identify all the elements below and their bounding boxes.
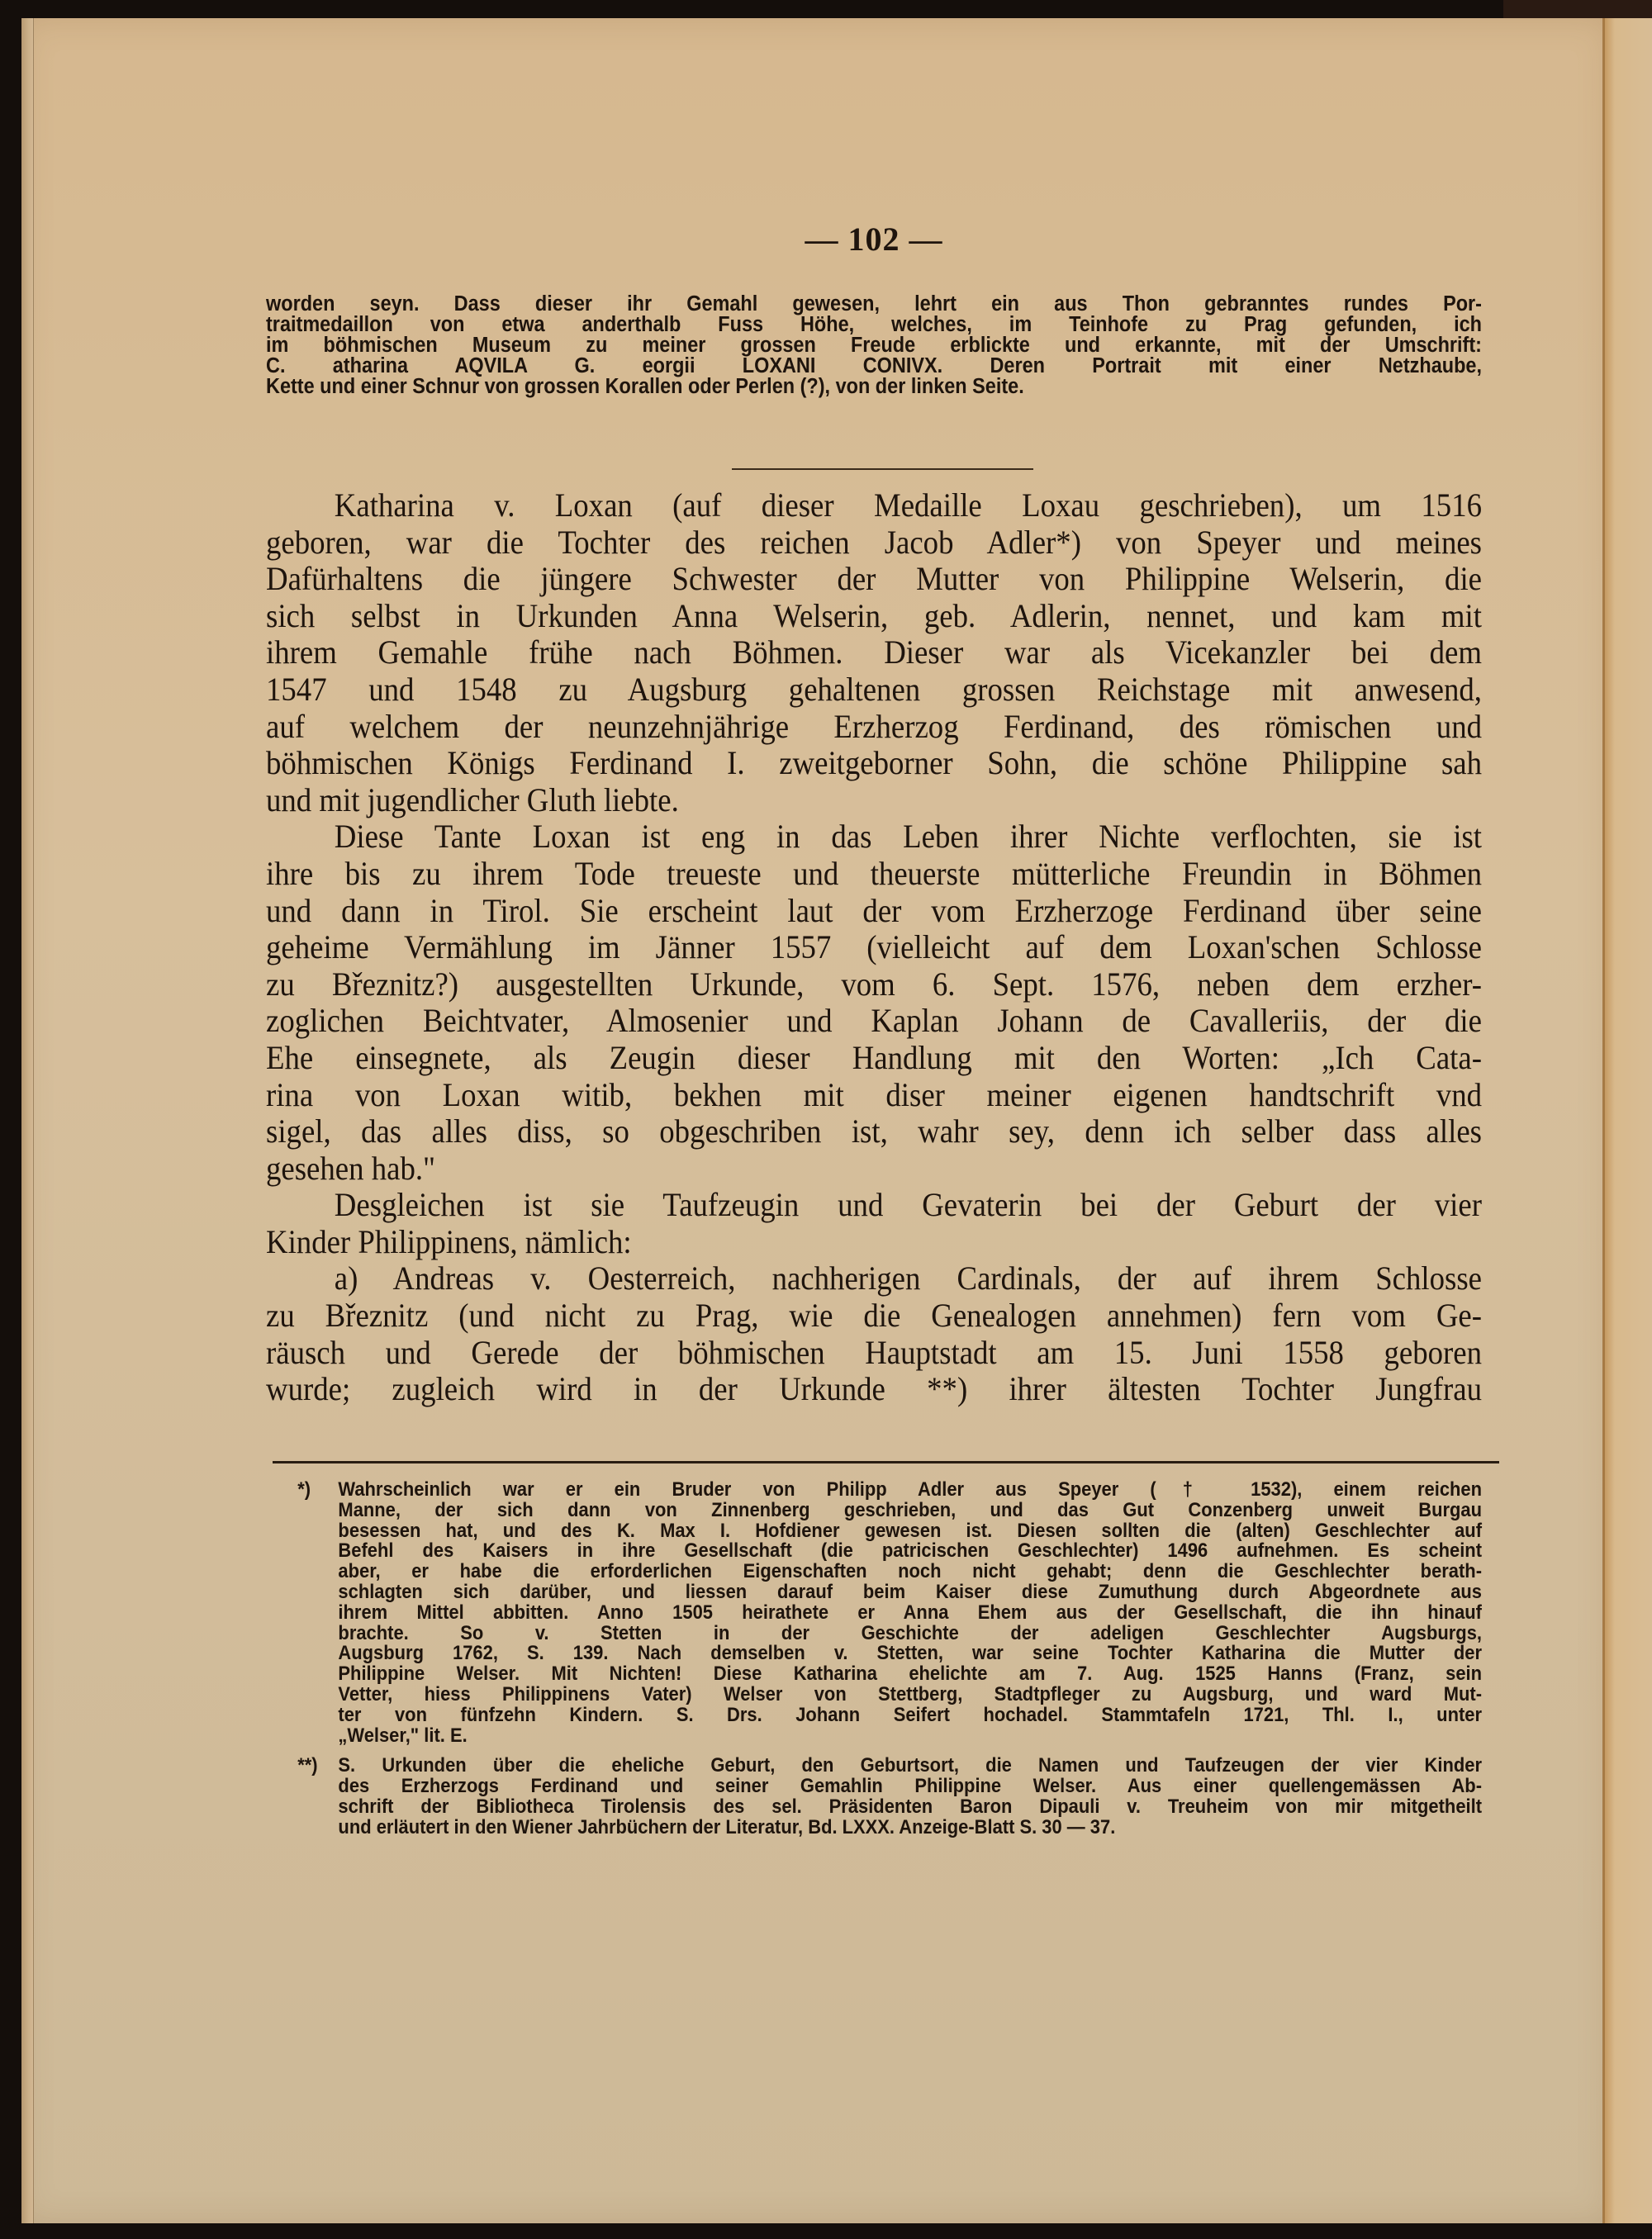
text-line: Diese Tante Loxan ist eng in das Leben i… bbox=[266, 818, 1482, 856]
text-line: Ehe einsegnete, als Zeugin dieser Handlu… bbox=[266, 1040, 1482, 1077]
text-line: a) Andreas v. Oesterreich, nachherigen C… bbox=[266, 1260, 1482, 1297]
text-line: worden seyn. Dass dieser ihr Gemahl gewe… bbox=[266, 294, 1482, 315]
footnote-separator bbox=[273, 1461, 1499, 1463]
text-line: aber, er habe die erforderlichen Eigensc… bbox=[338, 1562, 1482, 1582]
text-line: wurde; zugleich wird in der Urkunde **) … bbox=[266, 1371, 1482, 1408]
text-line: Katharina v. Loxan (auf dieser Medaille … bbox=[266, 487, 1482, 524]
paragraph-katharina: Katharina v. Loxan (auf dieser Medaille … bbox=[266, 487, 1482, 818]
text-line: böhmischen Königs Ferdinand I. zweitgebo… bbox=[266, 745, 1482, 782]
text-line: Philippine Welser. Mit Nichten! Diese Ka… bbox=[338, 1664, 1482, 1685]
text-line: ihre bis zu ihrem Tode treueste und theu… bbox=[266, 856, 1482, 893]
footnote-2: **) S. Urkunden über die eheliche Geburt… bbox=[299, 1756, 1482, 1838]
text-line: räusch und Gerede der böhmischen Hauptst… bbox=[266, 1335, 1482, 1372]
text-line: Manne, der sich dann von Zinnenberg gesc… bbox=[338, 1501, 1482, 1521]
text-line: schrift der Bibliotheca Tirolensis des s… bbox=[338, 1797, 1482, 1818]
text-line: auf welchem der neunzehnjährige Erzherzo… bbox=[266, 709, 1482, 746]
next-page-leaf bbox=[1602, 18, 1652, 2223]
paragraph-tante-loxan: Diese Tante Loxan ist eng in das Leben i… bbox=[266, 818, 1482, 1187]
text-line: besessen hat, und des K. Max I. Hofdiene… bbox=[338, 1521, 1482, 1542]
text-line: zoglichen Beichtvater, Almosenier und Ka… bbox=[266, 1003, 1482, 1040]
book-cover-strip bbox=[1503, 0, 1652, 18]
text-line: Wahrscheinlich war er ein Bruder von Phi… bbox=[338, 1480, 1482, 1501]
text-line: gesehen hab." bbox=[266, 1150, 1482, 1188]
text-line: ter von fünfzehn Kindern. S. Drs. Johann… bbox=[338, 1705, 1482, 1726]
text-line: und mit jugendlicher Gluth liebte. bbox=[266, 782, 1482, 819]
paragraph-taufzeugin: Desgleichen ist sie Taufzeugin und Gevat… bbox=[266, 1187, 1482, 1260]
text-line: geheime Vermählung im Jänner 1557 (viell… bbox=[266, 929, 1482, 966]
continuation-paragraph: worden seyn. Dass dieser ihr Gemahl gewe… bbox=[266, 294, 1482, 397]
text-line: S. Urkunden über die eheliche Geburt, de… bbox=[338, 1756, 1482, 1776]
page-number: — 102 — bbox=[266, 220, 1482, 259]
text-line: zu Březnitz (und nicht zu Prag, wie die … bbox=[266, 1297, 1482, 1335]
text-line: zu Březnitz?) ausgestellten Urkunde, vom… bbox=[266, 966, 1482, 1003]
text-line: ihrem Mittel abbitten. Anno 1505 heirath… bbox=[338, 1603, 1482, 1624]
text-line: C. atharina AQVILA G. eorgii LOXANI CONI… bbox=[266, 356, 1482, 377]
text-line: „Welser," lit. E. bbox=[338, 1726, 1482, 1747]
text-line: 1547 und 1548 zu Augsburg gehaltenen gro… bbox=[266, 671, 1482, 709]
text-line: Befehl des Kaisers in ihre Gesellschaft … bbox=[338, 1541, 1482, 1562]
text-line: sigel, das alles diss, so obgeschriben i… bbox=[266, 1113, 1482, 1150]
text-line: schlagten sich darüber, und liessen dara… bbox=[338, 1582, 1482, 1603]
paragraph-andreas: a) Andreas v. Oesterreich, nachherigen C… bbox=[266, 1260, 1482, 1407]
text-line: traitmedaillon von etwa anderthalb Fuss … bbox=[266, 315, 1482, 335]
text-line: brachte. So v. Stetten in der Geschichte… bbox=[338, 1624, 1482, 1644]
text-line: Vetter, hiess Philippinens Vater) Welser… bbox=[338, 1685, 1482, 1705]
footnote-marker: *) bbox=[297, 1480, 311, 1501]
page-edge-left bbox=[21, 18, 34, 2223]
text-line: geboren, war die Tochter des reichen Jac… bbox=[266, 524, 1482, 562]
footnote-1: *) Wahrscheinlich war er ein Bruder von … bbox=[299, 1480, 1482, 1746]
footnotes: *) Wahrscheinlich war er ein Bruder von … bbox=[299, 1480, 1482, 1848]
text-line: im böhmischen Museum zu meiner grossen F… bbox=[266, 335, 1482, 356]
text-line: Augsburg 1762, S. 139. Nach demselben v.… bbox=[338, 1644, 1482, 1664]
text-line: und dann in Tirol. Sie erscheint laut de… bbox=[266, 893, 1482, 930]
text-line: rina von Loxan witib, bekhen mit diser m… bbox=[266, 1077, 1482, 1114]
text-line: ihrem Gemahle frühe nach Böhmen. Dieser … bbox=[266, 634, 1482, 671]
text-line: des Erzherzogs Ferdinand und seiner Gema… bbox=[338, 1776, 1482, 1797]
section-divider bbox=[732, 468, 1033, 470]
text-line: Kette und einer Schnur von grossen Koral… bbox=[266, 377, 1482, 397]
main-text: Katharina v. Loxan (auf dieser Medaille … bbox=[266, 487, 1482, 1408]
text-line: sich selbst in Urkunden Anna Welserin, g… bbox=[266, 598, 1482, 635]
text-line: Dafürhaltens die jüngere Schwester der M… bbox=[266, 561, 1482, 598]
text-line: und erläutert in den Wiener Jahrbüchern … bbox=[338, 1818, 1482, 1838]
text-line: Desgleichen ist sie Taufzeugin und Gevat… bbox=[266, 1187, 1482, 1224]
text-line: Kinder Philippinens, nämlich: bbox=[266, 1224, 1482, 1261]
footnote-marker: **) bbox=[297, 1756, 317, 1776]
